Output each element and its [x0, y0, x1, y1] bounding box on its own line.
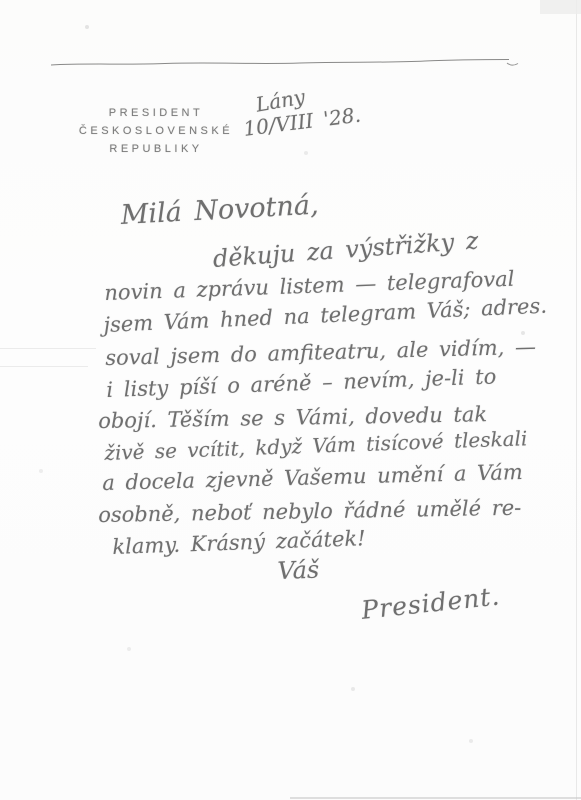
scan-noise-specks: [0, 0, 2, 2]
letterhead-line-president: PRESIDENT: [70, 104, 242, 122]
letterhead-line-republiky: REPUBLIKY: [70, 140, 242, 158]
handwritten-line: osobně, neboť nebylo řádné umělé re-: [98, 496, 521, 527]
handwritten-line: i listy píší o aréně – nevím, je-li to: [106, 364, 497, 402]
scan-streak: [0, 348, 96, 349]
handwritten-line: děkuju za výstřižky z: [212, 226, 479, 272]
scan-bottom-edge: [290, 797, 581, 799]
scanned-letter-page: PRESIDENT ČESKOSLOVENSKÉ REPUBLIKY Lány …: [0, 0, 581, 800]
scan-right-edge: [576, 0, 577, 800]
handwritten-line: klamy. Krásný začátek!: [112, 526, 366, 559]
salutation-line: Milá Novotná,: [120, 190, 319, 231]
scan-streak: [0, 366, 88, 367]
handwritten-line: živě se vcítit, když Vám tisícové tleska…: [104, 426, 528, 465]
letterhead-line-ceskoslovenske: ČESKOSLOVENSKÉ: [70, 122, 242, 140]
handwritten-line: obojí. Těším se s Vámi, dovedu tak: [98, 402, 487, 433]
letterhead: PRESIDENT ČESKOSLOVENSKÉ REPUBLIKY: [70, 104, 242, 158]
handwritten-line: a docela zjevně Vašemu umění a Vám: [102, 460, 523, 495]
signature: President.: [360, 581, 502, 624]
scan-corner-smudge: [540, 0, 581, 14]
valediction-line: Váš: [277, 556, 320, 585]
scan-edge-line: [45, 50, 535, 80]
